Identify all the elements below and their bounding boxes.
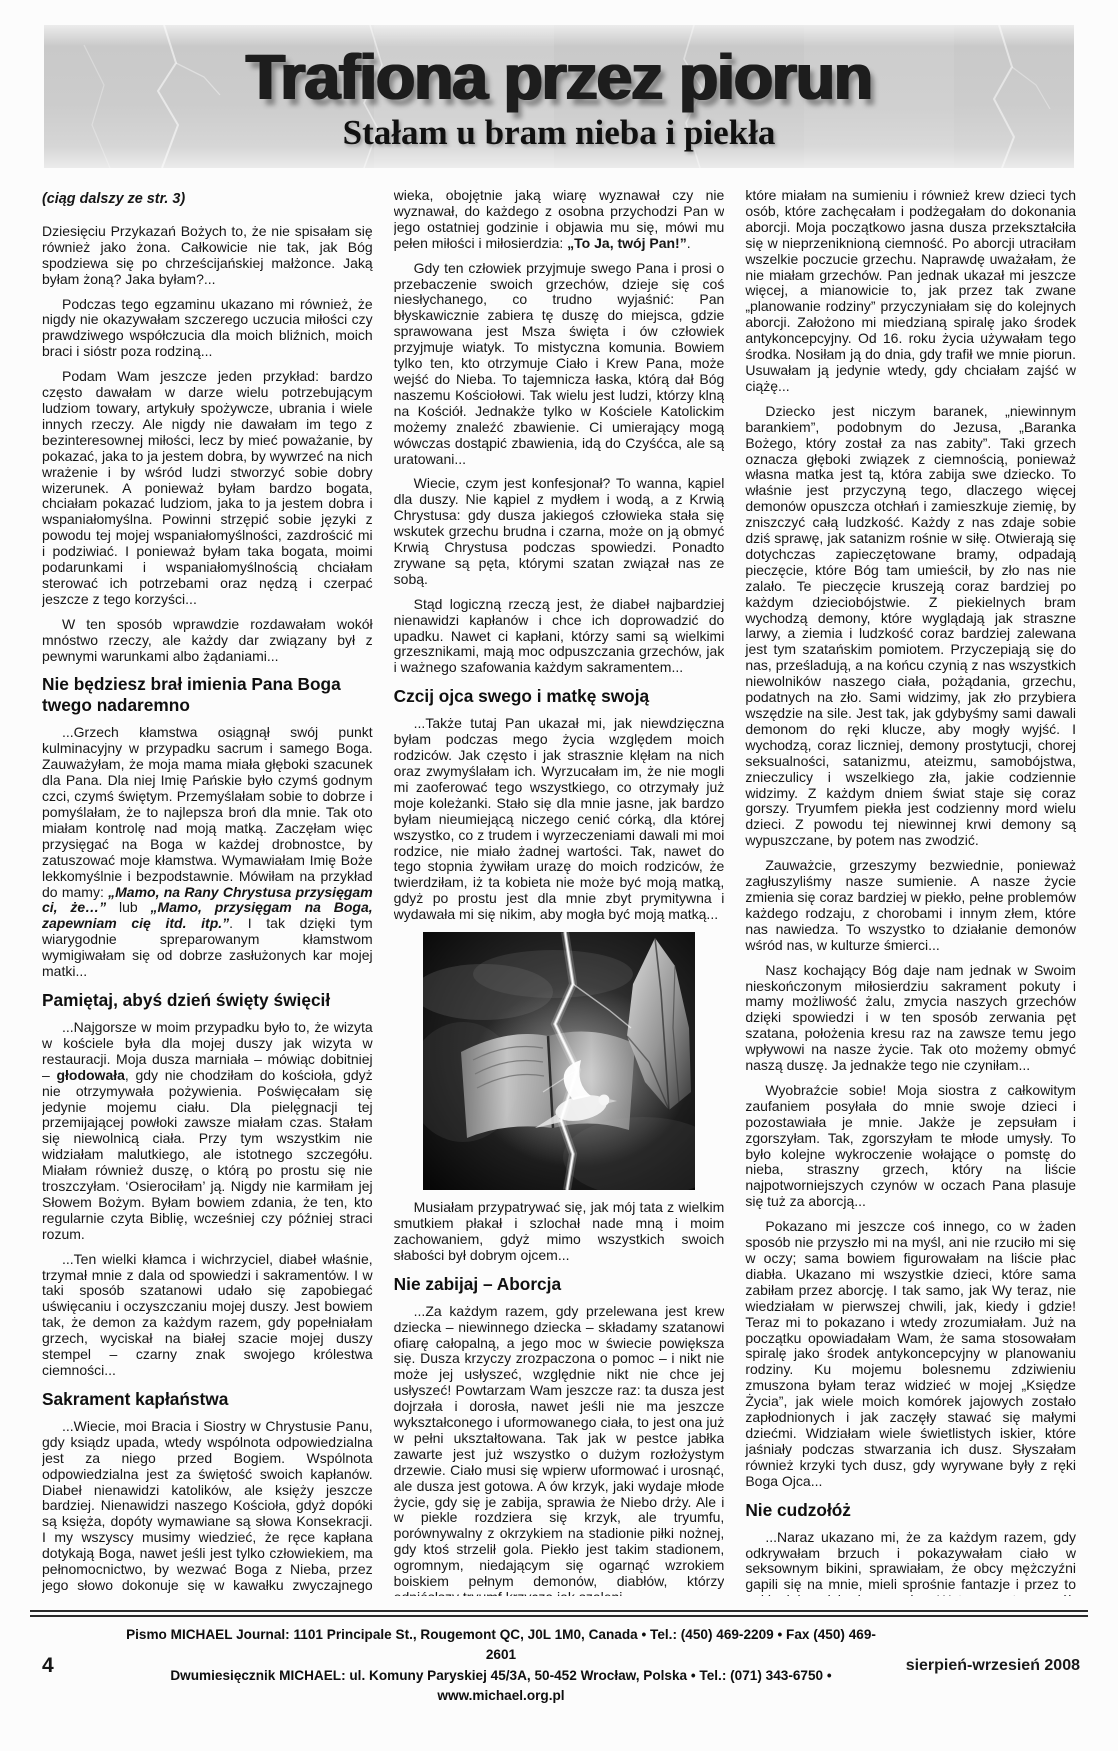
body-paragraph: Wyobraźcie sobie! Moja siostra z całkowi… bbox=[745, 1083, 1076, 1210]
body-paragraph: Zauważcie, grzeszymy bezwiednie, poniewa… bbox=[745, 858, 1076, 953]
section-heading: Sakrament kapłaństwa bbox=[42, 1389, 373, 1410]
body-paragraph: ...Grzech kłamstwa osiągnął swój punkt k… bbox=[42, 725, 373, 980]
footer-row: 4 Pismo MICHAEL Journal: 1101 Principale… bbox=[30, 1617, 1088, 1707]
publisher-line-1: Pismo MICHAEL Journal: 1101 Principale S… bbox=[112, 1625, 890, 1666]
page-number: 4 bbox=[42, 1654, 112, 1678]
article-title: Trafiona przez piorun bbox=[246, 41, 872, 110]
body-paragraph: Dziesięciu Przykazań Bożych to, że nie s… bbox=[42, 224, 373, 288]
body-paragraph: Nasz kochający Bóg daje nam jednak w Swo… bbox=[745, 963, 1076, 1074]
body-paragraph: ...Naraz ukazano mi, że za każdym razem,… bbox=[745, 1530, 1076, 1596]
body-paragraph: ...Najgorsze w moim przypadku było to, ż… bbox=[42, 1020, 373, 1243]
section-heading: Czcij ojca swego i matkę swoją bbox=[394, 686, 725, 707]
section-heading: Nie będziesz brał imienia Pana Boga tweg… bbox=[42, 674, 373, 716]
body-paragraph: które miałam na sumieniu i również krew … bbox=[745, 188, 1076, 395]
column-middle: wieka, obojętnie jaką wiarę wyznawał czy… bbox=[394, 188, 725, 1596]
newspaper-page: Trafiona przez piorun Stałam u bram nieb… bbox=[0, 0, 1118, 1751]
body-paragraph: Podczas tego egzaminu ukazano mi również… bbox=[42, 297, 373, 361]
column-right: które miałam na sumieniu i również krew … bbox=[745, 188, 1076, 1596]
body-paragraph: ...Ten wielki kłamca i wichrzyciel, diab… bbox=[42, 1252, 373, 1379]
body-paragraph: W ten sposób wprawdzie rozdawałam wokół … bbox=[42, 617, 373, 665]
body-paragraph: Stąd logiczną rzeczą jest, że diabeł naj… bbox=[394, 597, 725, 677]
column-left: (ciąg dalszy ze str. 3)Dziesięciu Przyka… bbox=[42, 188, 373, 1596]
body-paragraph: Gdy ten człowiek przyjmuje swego Pana i … bbox=[394, 261, 725, 468]
body-paragraph: ...Także tutaj Pan ukazał mi, jak niewdz… bbox=[394, 716, 725, 923]
continuation-note: (ciąg dalszy ze str. 3) bbox=[42, 192, 373, 208]
article-subtitle: Stałam u bram nieba i piekła bbox=[343, 115, 776, 152]
praying-hands-lightning-image bbox=[423, 932, 695, 1190]
section-heading: Nie zabijaj – Aborcja bbox=[394, 1274, 725, 1295]
section-heading: Pamiętaj, abyś dzień święty święcił bbox=[42, 990, 373, 1011]
body-paragraph: Podam Wam jeszcze jeden przykład: bardzo… bbox=[42, 369, 373, 608]
issue-date: sierpień-wrzesień 2008 bbox=[890, 1657, 1080, 1675]
body-paragraph: Pokazano mi jeszcze coś innego, co w żad… bbox=[745, 1219, 1076, 1489]
article-body: (ciąg dalszy ze str. 3)Dziesięciu Przyka… bbox=[42, 188, 1076, 1596]
article-header: Trafiona przez piorun Stałam u bram nieb… bbox=[44, 25, 1074, 168]
page-footer: 4 Pismo MICHAEL Journal: 1101 Principale… bbox=[30, 1610, 1088, 1707]
section-heading: Nie cudzołóż bbox=[745, 1500, 1076, 1521]
body-paragraph: wieka, obojętnie jaką wiarę wyznawał czy… bbox=[394, 188, 725, 252]
footer-double-rule bbox=[30, 1610, 1088, 1617]
body-paragraph: Wiecie, czym jest konfesjonał? To wanna,… bbox=[394, 476, 725, 587]
article-illustration bbox=[423, 932, 695, 1190]
body-paragraph: ...Za każdym razem, gdy przelewana jest … bbox=[394, 1304, 725, 1596]
body-paragraph: Dziecko jest niczym baranek, „niewinnym … bbox=[745, 404, 1076, 849]
body-paragraph: ...Wiecie, moi Bracia i Siostry w Chryst… bbox=[42, 1419, 373, 1596]
publisher-info: Pismo MICHAEL Journal: 1101 Principale S… bbox=[112, 1625, 890, 1707]
body-paragraph: Musiałam przypatrywać się, jak mój tata … bbox=[394, 1200, 725, 1264]
publisher-line-2: Dwumiesięcznik MICHAEL: ul. Komuny Parys… bbox=[112, 1666, 890, 1707]
